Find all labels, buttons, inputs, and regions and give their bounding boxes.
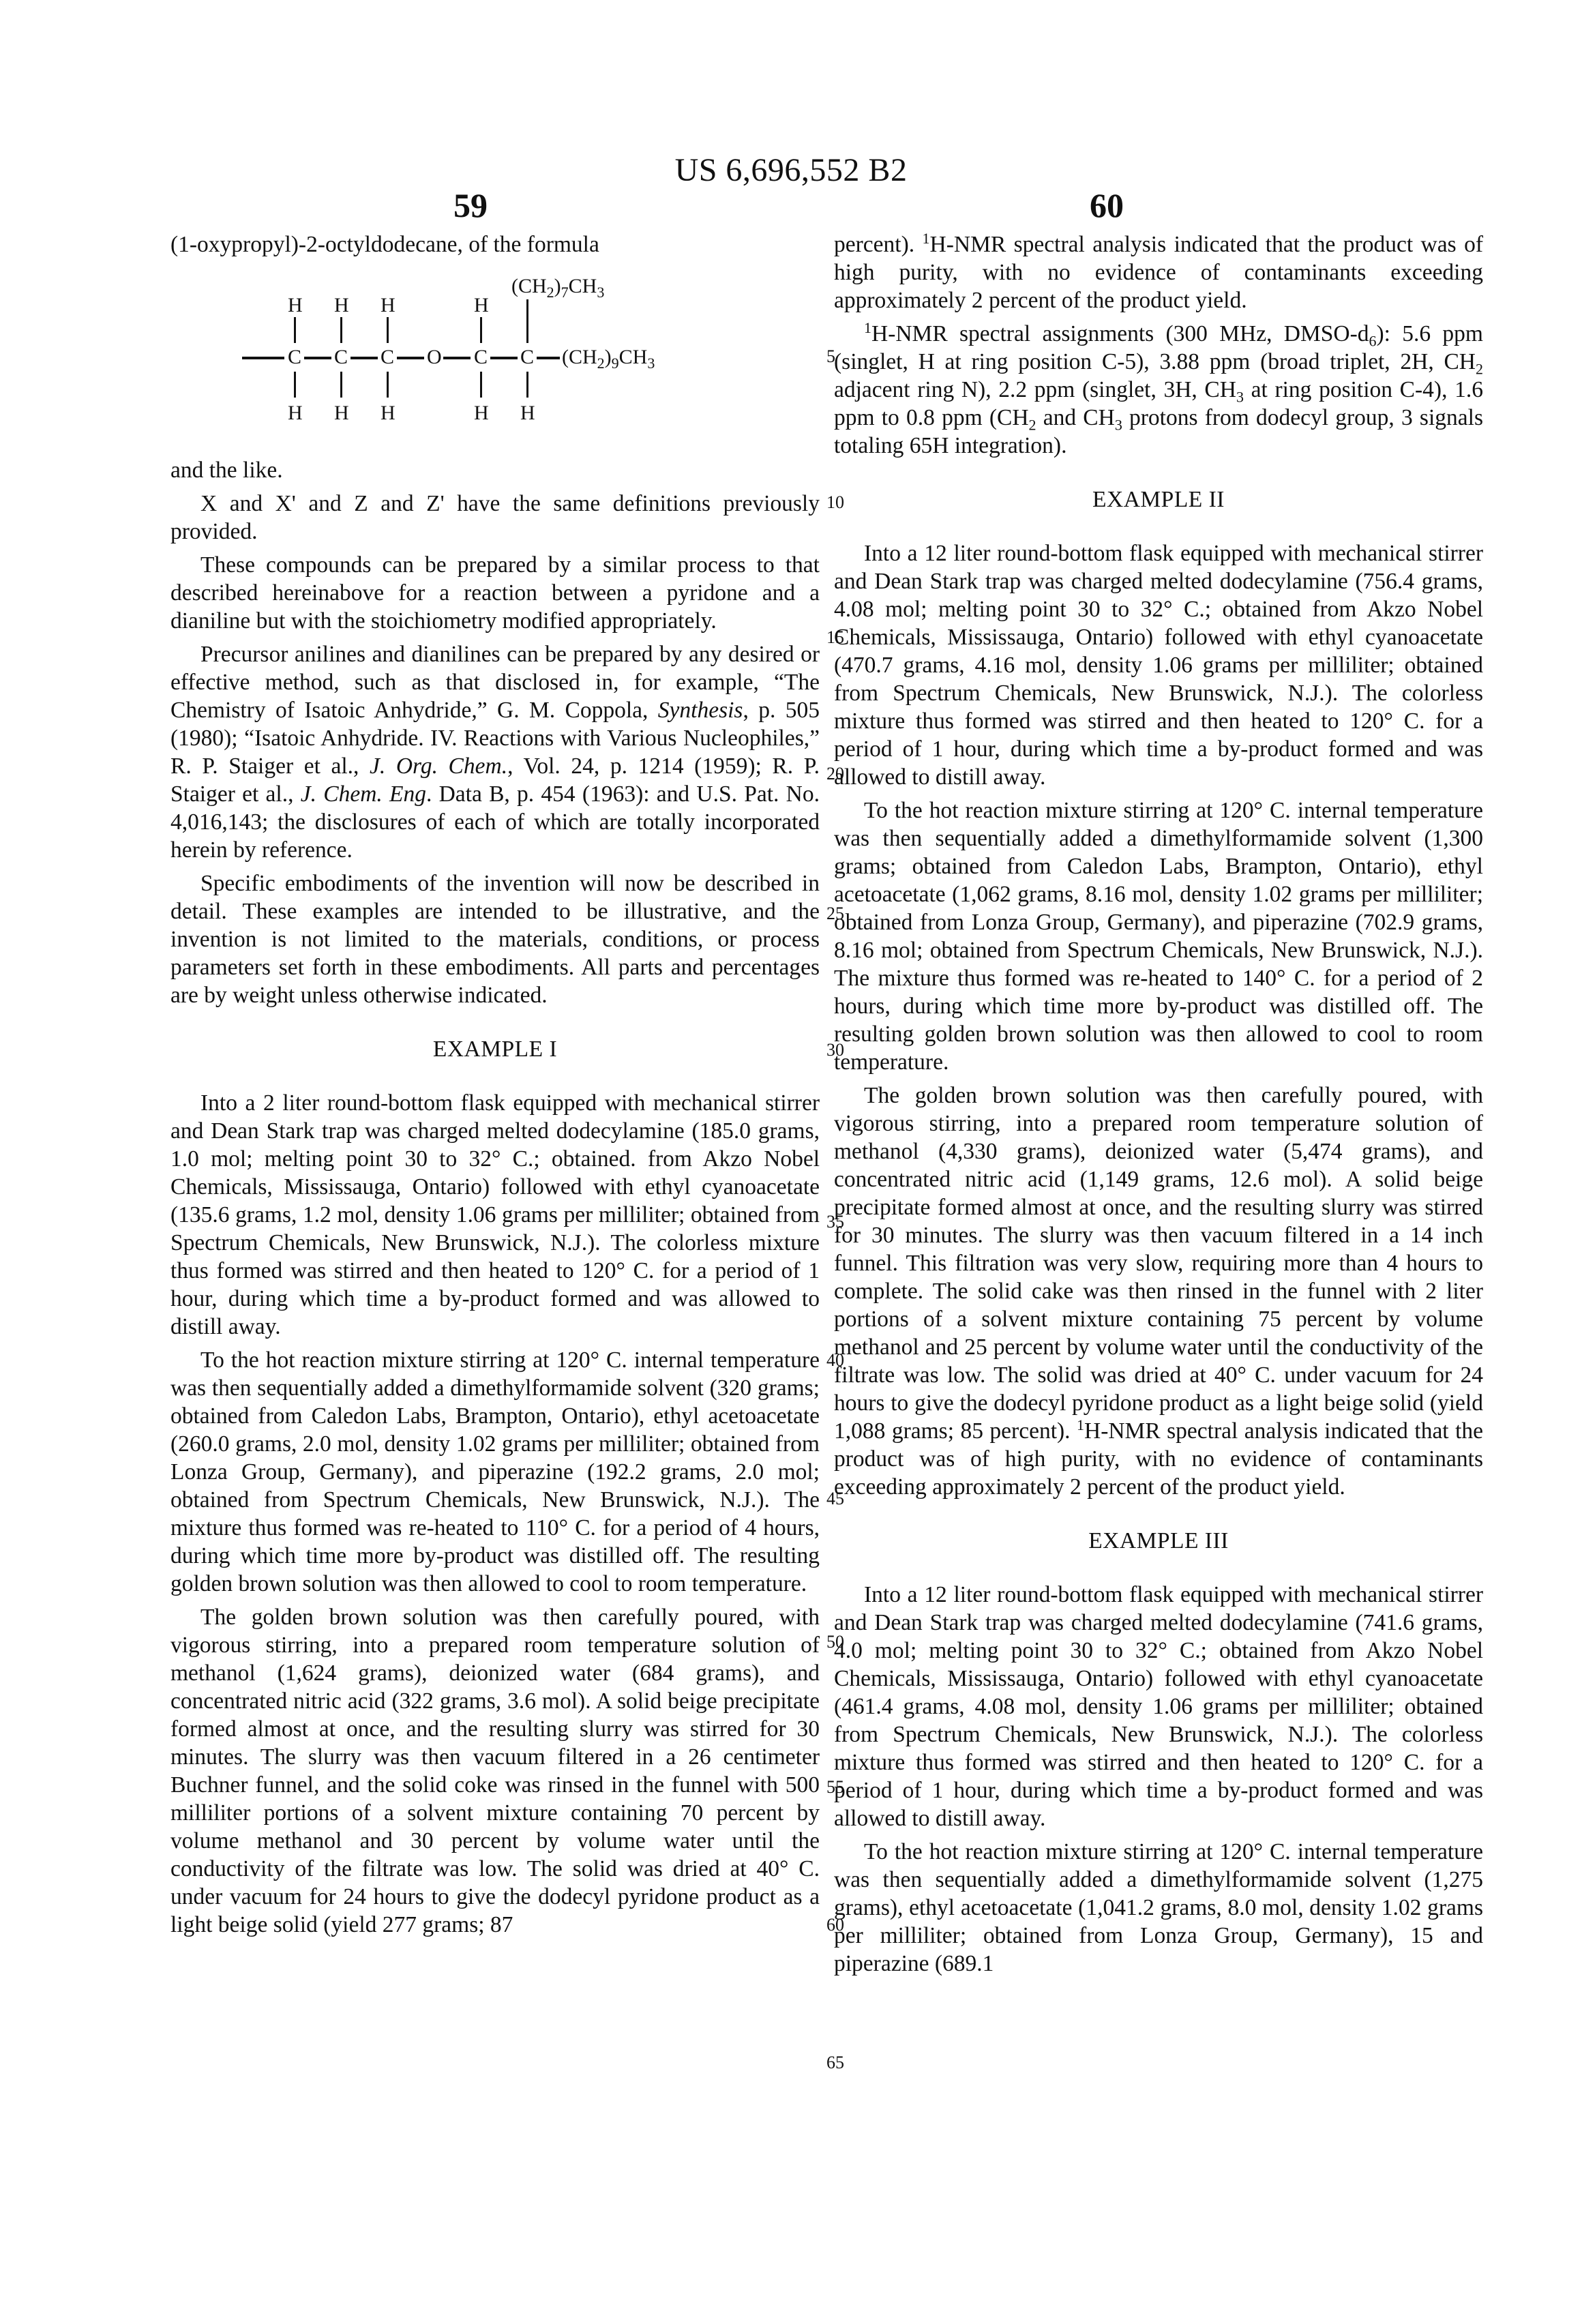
line-number: 5: [826, 346, 835, 367]
line-number: 60: [826, 1915, 844, 1935]
atom-c: C: [474, 343, 488, 371]
atom-h: H: [380, 399, 395, 427]
line-number: 10: [826, 492, 844, 513]
branch-octyl: (CH2)7CH3: [511, 272, 604, 300]
atom-c: C: [520, 343, 534, 371]
line-number: 50: [826, 1632, 844, 1652]
example-heading: EXAMPLE I: [170, 1035, 820, 1063]
line-number: 20: [826, 764, 844, 784]
paragraph-references: Precursor anilines and dianilines can be…: [170, 640, 820, 864]
paragraph: The golden brown solution was then caref…: [834, 1082, 1483, 1501]
atom-h: H: [288, 399, 303, 427]
patent-number: US 6,696,552 B2: [0, 151, 1582, 189]
column-number-left: 59: [453, 185, 488, 225]
example-heading: EXAMPLE II: [834, 486, 1483, 513]
atom-c: C: [380, 343, 394, 371]
column-number-right: 60: [1090, 185, 1124, 225]
atom-c: C: [334, 343, 348, 371]
line-number: 30: [826, 1040, 844, 1060]
atom-h: H: [474, 291, 489, 319]
atom-h: H: [474, 399, 489, 427]
paragraph: Specific embodiments of the invention wi…: [170, 869, 820, 1009]
paragraph: percent). 1H-NMR spectral analysis indic…: [834, 230, 1483, 314]
paragraph: and the like.: [170, 456, 820, 484]
line-number: 45: [826, 1489, 844, 1509]
line-number: 15: [826, 627, 844, 648]
paragraph: The golden brown solution was then caref…: [170, 1603, 820, 1939]
paragraph: Into a 12 liter round-bottom flask equip…: [834, 539, 1483, 791]
paragraph: To the hot reaction mixture stirring at …: [170, 1346, 820, 1598]
chemical-structure-formula: H H H H (CH2)7CH3 C C C O C C (CH2)9CH3 …: [170, 272, 820, 449]
atom-h: H: [380, 291, 395, 319]
line-number: 55: [826, 1777, 844, 1798]
atom-h: H: [520, 399, 535, 427]
paragraph: Into a 2 liter round-bottom flask equipp…: [170, 1089, 820, 1341]
line-number: 40: [826, 1350, 844, 1371]
left-column: (1-oxypropyl)-2-octyldodecane, of the fo…: [170, 230, 820, 1944]
right-column: percent). 1H-NMR spectral analysis indic…: [834, 230, 1483, 1983]
paragraph: X and X' and Z and Z' have the same defi…: [170, 490, 820, 546]
atom-h: H: [334, 399, 349, 427]
atom-c: C: [288, 343, 301, 371]
paragraph: These compounds can be prepared by a sim…: [170, 551, 820, 635]
atom-h: H: [334, 291, 349, 319]
branch-decyl: (CH2)9CH3: [562, 343, 655, 371]
atom-o: O: [427, 343, 442, 371]
atom-h: H: [288, 291, 303, 319]
line-number: 25: [826, 904, 844, 924]
line-number: 35: [826, 1212, 844, 1232]
nmr-assignments: 1H-NMR spectral assignments (300 MHz, DM…: [834, 320, 1483, 460]
paragraph: To the hot reaction mixture stirring at …: [834, 1838, 1483, 1978]
paragraph: Into a 12 liter round-bottom flask equip…: [834, 1581, 1483, 1832]
line-number: 65: [826, 2053, 844, 2073]
formula-intro: (1-oxypropyl)-2-octyldodecane, of the fo…: [170, 230, 820, 258]
paragraph: To the hot reaction mixture stirring at …: [834, 796, 1483, 1076]
example-heading: EXAMPLE III: [834, 1527, 1483, 1555]
